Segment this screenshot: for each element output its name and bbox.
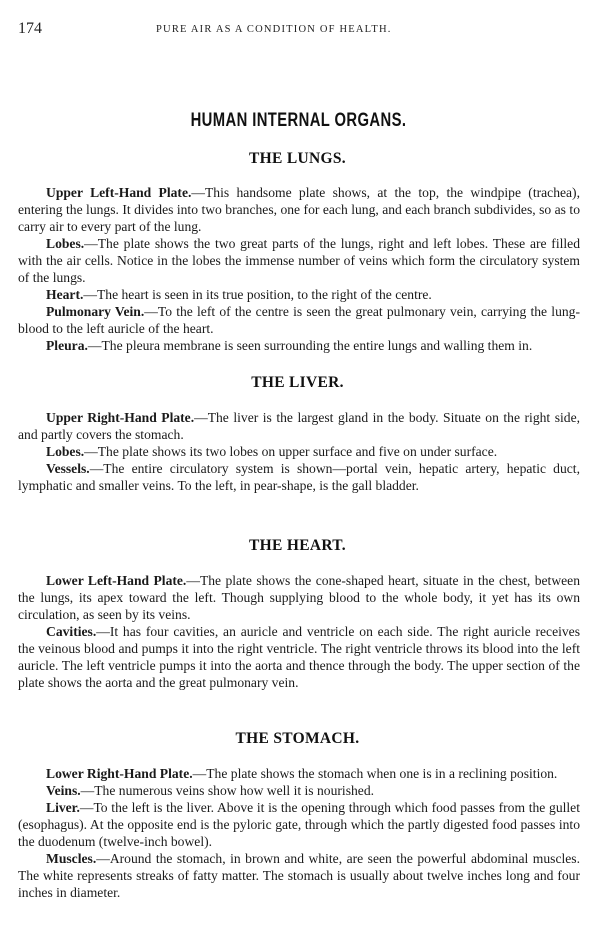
section-body-heart: Lower Left-Hand Plate.—The plate shows t…: [18, 572, 580, 691]
paragraph: Veins.—The numerous veins show how well …: [18, 782, 580, 799]
section-heading-lungs: THE LUNGS.: [0, 150, 595, 168]
section-heading-heart: THE HEART.: [0, 537, 595, 555]
paragraph-lead: Upper Left-Hand Plate.: [46, 185, 191, 200]
running-title: PURE AIR AS A CONDITION OF HEALTH.: [156, 24, 392, 35]
paragraph: Muscles.—Around the stomach, in brown an…: [18, 850, 580, 901]
section-body-liver: Upper Right-Hand Plate.—The liver is the…: [18, 409, 580, 494]
paragraph-text: —The heart is seen in its true position,…: [83, 287, 431, 302]
section-heading-liver: THE LIVER.: [0, 374, 595, 392]
section-heading-stomach: THE STOMACH.: [0, 730, 595, 748]
paragraph-lead: Heart.: [46, 287, 83, 302]
paragraph-text: —Around the stomach, in brown and white,…: [18, 851, 580, 900]
page-title: HUMAN INTERNAL ORGANS.: [66, 110, 530, 132]
paragraph: Liver.—To the left is the liver. Above i…: [18, 799, 580, 850]
page-number: 174: [18, 20, 42, 38]
paragraph: Cavities.—It has four cavities, an auric…: [18, 623, 580, 691]
paragraph: Lobes.—The plate shows the two great par…: [18, 235, 580, 286]
paragraph-text: —The plate shows the stomach when one is…: [193, 766, 558, 781]
paragraph-lead: Vessels.: [46, 461, 90, 476]
paragraph-text: —To the left is the liver. Above it is t…: [18, 800, 580, 849]
section-body-lungs: Upper Left-Hand Plate.—This handsome pla…: [18, 184, 580, 354]
paragraph-text: —The plate shows its two lobes on upper …: [84, 444, 497, 459]
paragraph: Vessels.—The entire circulatory system i…: [18, 460, 580, 494]
paragraph-lead: Lobes.: [46, 236, 84, 251]
paragraph-lead: Veins.: [46, 783, 81, 798]
paragraph-text: —It has four cavities, an auricle and ve…: [18, 624, 580, 690]
paragraph-text: —The pleura membrane is seen surrounding…: [88, 338, 532, 353]
paragraph: Pleura.—The pleura membrane is seen surr…: [18, 337, 580, 354]
paragraph: Lower Right-Hand Plate.—The plate shows …: [18, 765, 580, 782]
paragraph-lead: Liver.: [46, 800, 80, 815]
paragraph-lead: Upper Right-Hand Plate.: [46, 410, 194, 425]
paragraph-lead: Lobes.: [46, 444, 84, 459]
book-page: 174 PURE AIR AS A CONDITION OF HEALTH. H…: [0, 0, 595, 944]
paragraph-lead: Lower Right-Hand Plate.: [46, 766, 193, 781]
paragraph: Lobes.—The plate shows its two lobes on …: [18, 443, 580, 460]
paragraph: Lower Left-Hand Plate.—The plate shows t…: [18, 572, 580, 623]
paragraph-lead: Cavities.: [46, 624, 96, 639]
paragraph: Upper Right-Hand Plate.—The liver is the…: [18, 409, 580, 443]
paragraph: Pulmonary Vein.—To the left of the centr…: [18, 303, 580, 337]
paragraph-lead: Muscles.: [46, 851, 96, 866]
paragraph: Upper Left-Hand Plate.—This handsome pla…: [18, 184, 580, 235]
paragraph-text: —The numerous veins show how well it is …: [81, 783, 374, 798]
paragraph-text: —The plate shows the two great parts of …: [18, 236, 580, 285]
section-body-stomach: Lower Right-Hand Plate.—The plate shows …: [18, 765, 580, 901]
paragraph-lead: Pleura.: [46, 338, 88, 353]
running-head: 174 PURE AIR AS A CONDITION OF HEALTH.: [18, 20, 577, 40]
paragraph-lead: Lower Left-Hand Plate.: [46, 573, 186, 588]
paragraph: Heart.—The heart is seen in its true pos…: [18, 286, 580, 303]
paragraph-text: —The entire circulatory system is shown—…: [18, 461, 580, 493]
paragraph-lead: Pulmonary Vein.: [46, 304, 144, 319]
